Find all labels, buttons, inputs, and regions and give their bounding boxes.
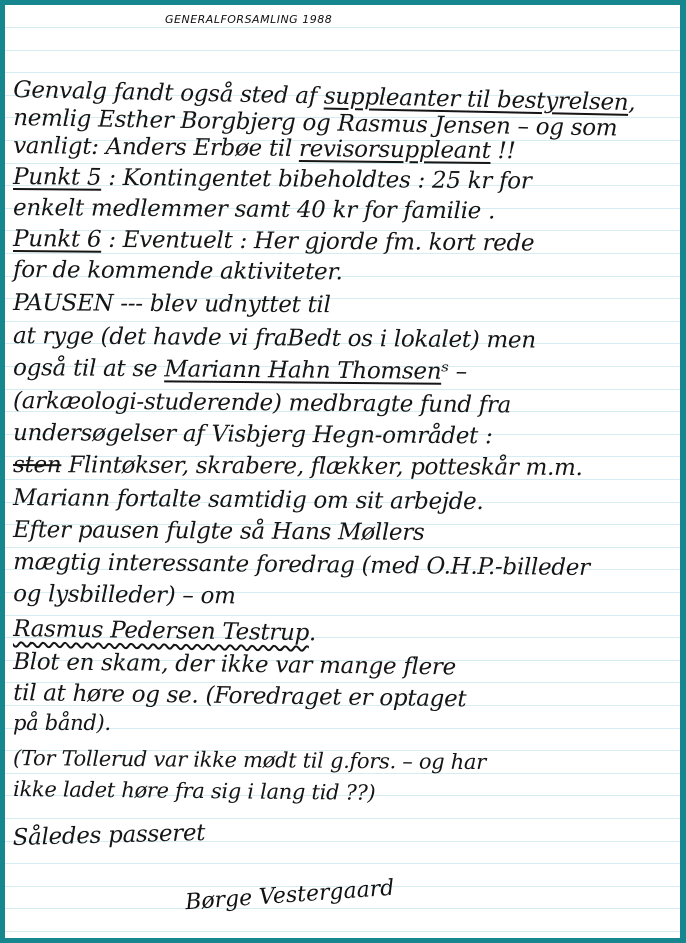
page-header: GENERALFORSAMLING 1988 bbox=[165, 13, 332, 26]
handwritten-line: (Tor Tollerud var ikke mødt til g.fors. … bbox=[13, 746, 486, 774]
line-text: . bbox=[309, 620, 316, 646]
handwritten-line: Rasmus Pedersen Testrup. bbox=[13, 616, 316, 646]
ruled-line bbox=[5, 818, 680, 819]
line-text: ˢ – bbox=[441, 359, 467, 385]
handwritten-line: at ryge (det havde vi fraBedt os i lokal… bbox=[13, 323, 536, 354]
handwritten-line: (arkæologi-studerende) medbragte fund fr… bbox=[13, 388, 511, 418]
line-text: PAUSEN --- blev udnyttet til bbox=[13, 290, 331, 318]
line-text: Mariann fortalte samtidig om sit arbejde… bbox=[13, 485, 484, 515]
handwritten-line: ikke ladet høre fra sig i lang tid ??) bbox=[13, 777, 376, 805]
ruled-line bbox=[5, 50, 680, 51]
handwritten-line: på bånd). bbox=[13, 711, 111, 735]
ruled-line bbox=[5, 773, 680, 774]
line-text: , bbox=[628, 90, 636, 116]
ruled-line bbox=[5, 863, 680, 864]
ruled-line bbox=[5, 615, 680, 616]
handwritten-line: Efter pausen fulgte så Hans Møllers bbox=[13, 517, 425, 546]
line-text: vanligt: Anders Erbøe til bbox=[13, 133, 299, 162]
line-text: også til at se bbox=[13, 355, 164, 382]
ruled-line bbox=[5, 72, 680, 73]
line-text: : Kontingentet bibeholdtes : 25 kr for bbox=[101, 165, 531, 195]
ruled-line bbox=[5, 27, 680, 28]
ruled-line bbox=[5, 931, 680, 932]
handwritten-line: til at høre og se. (Foredraget er optage… bbox=[13, 680, 467, 712]
handwritten-line: mægtig interessante foredrag (med O.H.P.… bbox=[13, 549, 590, 581]
line-text: Blot en skam, der ikke var mange flere bbox=[13, 649, 456, 680]
signature: Børge Vestergaard bbox=[184, 876, 395, 916]
handwritten-line: enkelt medlemmer samt 40 kr for familie … bbox=[13, 195, 495, 224]
handwritten-line: undersøgelser af Visbjerg Hegn-området : bbox=[13, 420, 493, 449]
handwritten-page: GENERALFORSAMLING 1988 Genvalg fandt ogs… bbox=[5, 5, 680, 938]
underlined-text: Punkt 5 bbox=[13, 164, 101, 191]
underlined-text: Punkt 6 bbox=[13, 226, 101, 253]
handwritten-line: vanligt: Anders Erbøe til revisorsupplea… bbox=[13, 133, 516, 164]
handwritten-line: for de kommende aktiviteter. bbox=[13, 257, 343, 285]
struck-word: sten bbox=[13, 452, 61, 478]
line-text: til at høre og se. (Foredraget er optage… bbox=[13, 680, 467, 712]
handwritten-line: PAUSEN --- blev udnyttet til bbox=[13, 290, 331, 318]
handwritten-line: og lysbilleder) – om bbox=[13, 581, 236, 609]
line-text: Genvalg fandt også sted af bbox=[13, 77, 324, 110]
handwritten-line: Punkt 5 : Kontingentet bibeholdtes : 25 … bbox=[13, 164, 532, 195]
line-text: og lysbilleder) – om bbox=[13, 581, 236, 609]
ruled-line bbox=[5, 908, 680, 909]
line-text: at ryge (det havde vi fraBedt os i lokal… bbox=[13, 323, 536, 354]
line-text: (arkæologi-studerende) medbragte fund fr… bbox=[13, 388, 511, 418]
underlined-text: Mariann Hahn Thomsen bbox=[164, 356, 441, 384]
handwritten-line: sten Flintøkser, skrabere, flækker, pott… bbox=[13, 452, 583, 481]
ruled-line bbox=[5, 321, 680, 322]
line-text: Flintøkser, skrabere, flækker, potteskår… bbox=[61, 452, 582, 481]
line-text: på bånd). bbox=[13, 711, 111, 735]
line-text: mægtig interessante foredrag (med O.H.P.… bbox=[13, 549, 590, 581]
line-text: enkelt medlemmer samt 40 kr for familie … bbox=[13, 195, 495, 224]
handwritten-line: Således passeret bbox=[12, 820, 205, 851]
ruled-line bbox=[5, 547, 680, 548]
line-text: Efter pausen fulgte så Hans Møllers bbox=[13, 517, 425, 546]
line-text: (Tor Tollerud var ikke mødt til g.fors. … bbox=[13, 746, 486, 774]
handwritten-line: Punkt 6 : Eventuelt : Her gjorde fm. kor… bbox=[13, 226, 534, 257]
handwritten-line: også til at se Mariann Hahn Thomsenˢ – bbox=[13, 355, 467, 385]
line-text: !! bbox=[490, 138, 515, 164]
handwritten-line: Blot en skam, der ikke var mange flere bbox=[13, 649, 456, 680]
line-text: for de kommende aktiviteter. bbox=[13, 257, 343, 285]
underlined-text: revisorsuppleant bbox=[299, 136, 491, 164]
lecture-title: Rasmus Pedersen Testrup bbox=[13, 616, 309, 646]
line-text: : Eventuelt : Her gjorde fm. kort rede bbox=[101, 227, 534, 257]
line-text: undersøgelser af Visbjerg Hegn-området : bbox=[13, 420, 493, 449]
line-text: Således passeret bbox=[12, 820, 205, 851]
handwritten-line: Mariann fortalte samtidig om sit arbejde… bbox=[13, 485, 484, 515]
line-text: ikke ladet høre fra sig i lang tid ??) bbox=[13, 777, 376, 805]
